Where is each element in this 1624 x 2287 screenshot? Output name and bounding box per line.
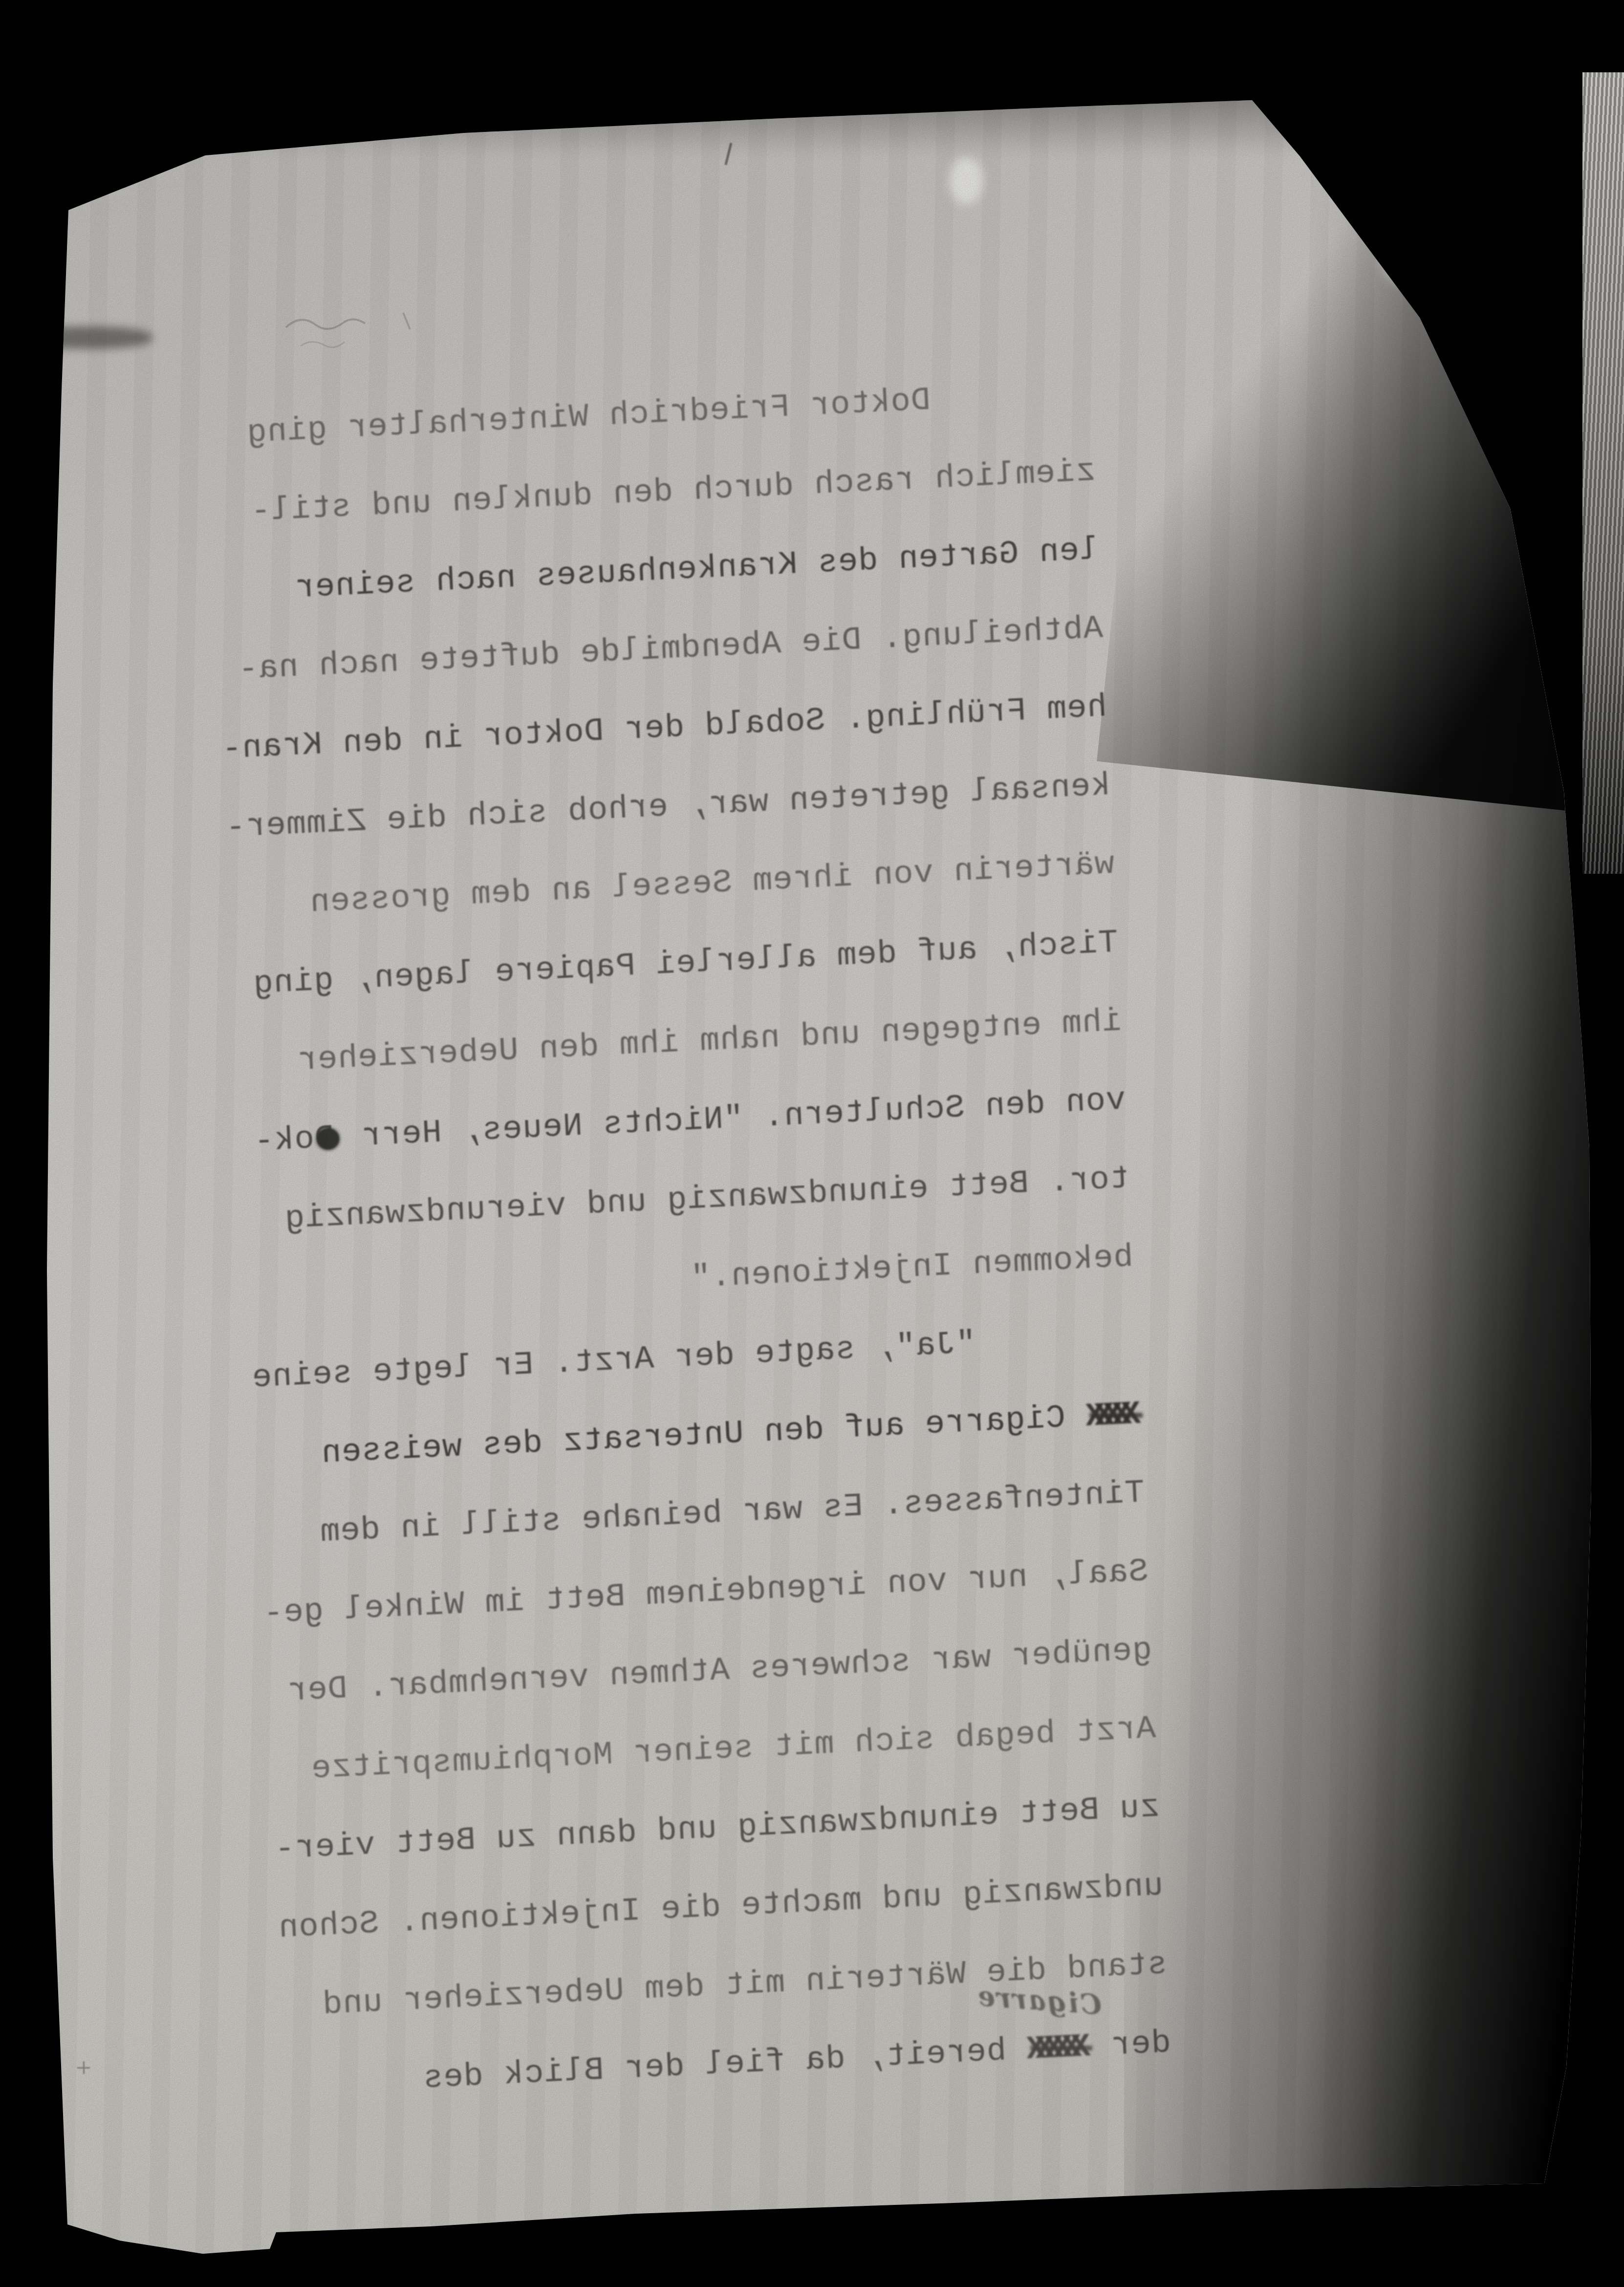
adjacent-page-edge bbox=[1582, 72, 1624, 874]
paper-hole bbox=[1386, 233, 1440, 280]
photo-background: Doktor Friedrich Winterhalter gingziemli… bbox=[0, 0, 1624, 2287]
top-edge-shadow bbox=[0, 88, 1320, 156]
scanned-page: Doktor Friedrich Winterhalter gingziemli… bbox=[0, 0, 1624, 2287]
